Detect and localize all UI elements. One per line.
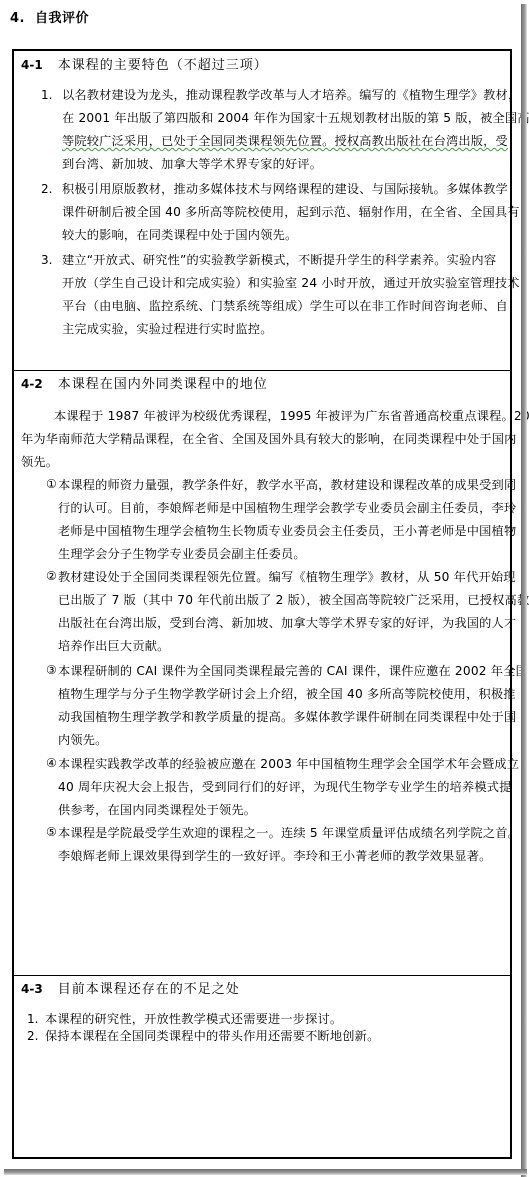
item-marker: 2. — [27, 1029, 38, 1043]
item-line: 等院较广泛采用，已处于全国同类课程领先位置。授权高教出版社在台湾出版，受 — [62, 133, 508, 149]
heading-title: 自我评价 — [35, 11, 89, 26]
item-line: 本课程实践教学改革的经验被应邀在 2003 年中国植物生理学会全国学术年会暨成立 — [58, 756, 519, 772]
section-shortcomings: 4-3目前本课程还存在的不足之处 1. 本课程的研究性，开放性教学模式还需要进一… — [14, 975, 510, 1158]
item-line: 生理学会分子生物学专业委员会副主任委员。 — [58, 546, 306, 562]
item-line: 40 周年庆祝大会上报告，受到同行们的好评，为现代生物学专业学生的培养模式提 — [58, 779, 512, 795]
item-line: 积极引用原版教材，推动多媒体技术与网络课程的建设、与国际接轨。多媒体教学 — [62, 181, 508, 197]
paragraph-line: 年为华南师范大学精品课程，在全省、全国及国外具有较大的影响，在同类课程中处于国内 — [21, 431, 517, 447]
page-shadow-right — [521, 4, 527, 1177]
item-line: 本课程研制的 CAI 课件为全国同类课程最完善的 CAI 课件，课件应邀在 20… — [58, 663, 528, 679]
section-main-features: 4-1本课程的主要特色（不超过三项） 1. 以名教材建设为龙头，推动课程教学改革… — [14, 51, 510, 370]
item-line: 平台（由电脑、监控系统、门禁系统等组成）学生可以在非工作时间咨询老师、自 — [62, 298, 508, 314]
item-line: 到台湾、新加坡、加拿大等学术界专家的好评。 — [62, 156, 322, 172]
item-marker: ① — [46, 477, 57, 491]
section-number: 4-2 — [21, 377, 43, 391]
item-line: 本课程的研究性，开放性教学模式还需要进一步探讨。 — [45, 1011, 342, 1027]
item-marker: 3. — [41, 253, 52, 267]
section-title: 目前本课程还存在的不足之处 — [58, 982, 240, 997]
item-line: 以名教材建设为龙头，推动课程教学改革与人才培养。编写的《植物生理学》教材， — [62, 87, 520, 103]
section-number: 4-3 — [21, 982, 43, 996]
item-line: 建立“开放式、研究性”的实验教学新模式，不断提升学生的科学素养。实验内容 — [62, 252, 496, 268]
section-header: 4-2本课程在国内外同类课程中的地位 — [21, 373, 268, 392]
section-header: 4-3目前本课程还存在的不足之处 — [21, 978, 240, 997]
item-line: 本课程是学院最受学生欢迎的课程之一。连续 5 年课堂质量评估成绩名列学院之首。 — [58, 825, 520, 841]
item-line: 动我国植物生理学教学和教学质量的提高。多媒体教学课件研制在同类课程中处于国 — [58, 709, 516, 725]
item-line: 教材建设处于全国同类课程领先位置。编写《植物生理学》教材，从 50 年代开始现 — [58, 569, 516, 585]
page-shadow-bottom — [4, 1169, 527, 1175]
document-heading: 4.自我评价 — [10, 7, 89, 26]
item-line: 老师是中国植物生理学会植物生长物质专业委员会主任委员，王小菁老师是中国植物 — [58, 523, 516, 539]
item-line: 供参考，在国内同类课程处于领先。 — [58, 802, 256, 818]
item-marker: ⑤ — [46, 825, 57, 839]
item-line: 保持本课程在全国同类课程中的带头作用还需要不断地创新。 — [45, 1028, 379, 1044]
item-marker: 1. — [41, 88, 52, 102]
heading-number: 4. — [10, 11, 25, 26]
section-course-position: 4-2本课程在国内外同类课程中的地位 本课程于 1987 年被评为校级优秀课程，… — [14, 370, 510, 976]
item-line: 开放（学生自己设计和完成实验）和实验室 24 小时开放，通过开放实验室管理技术 — [62, 275, 520, 291]
item-marker: ② — [46, 569, 57, 583]
item-marker: 2. — [41, 182, 52, 196]
item-line: 较大的影响，在同类课程中处于国内领先。 — [62, 227, 297, 243]
item-line: 行的认可。目前，李娘辉老师是中国植物生理学会教学专业委员会副主任委员，李玲 — [58, 500, 516, 516]
item-marker: ③ — [46, 663, 57, 677]
item-line: 内领先。 — [58, 732, 108, 748]
item-line: 课件研制后被全国 40 多所高等院校使用，起到示范、辐射作用，在全省、全国具有 — [62, 204, 520, 220]
paragraph-line: 领先。 — [21, 454, 58, 470]
item-line: 出版社在台湾出版，受到台湾、新加坡、加拿大等学术界专家的好评，为我国的人才 — [58, 615, 516, 631]
item-line: 李娘辉老师上课效果得到学生的一致好评。李玲和王小菁老师的教学效果显著。 — [58, 848, 492, 864]
item-marker: 1. — [27, 1012, 38, 1026]
paragraph-line: 本课程于 1987 年被评为校级优秀课程，1995 年被评为广东省普通高校重点课… — [54, 408, 529, 424]
item-marker: ④ — [46, 756, 57, 770]
item-line: 植物生理学与分子生物学教学研讨会上介绍，被全国 40 多所高等院校使用，积极推 — [58, 686, 516, 702]
item-line: 本课程的师资力量强，教学条件好，教学水平高，教材建设和课程改革的成果受到同 — [58, 477, 516, 493]
item-line: 在 2001 年出版了第四版和 2004 年作为国家十五规划教材出版的第 5 版… — [62, 110, 529, 126]
section-number: 4-1 — [21, 58, 43, 72]
document-page: 4.自我评价 4-1本课程的主要特色（不超过三项） 1. 以名教材建设为龙头，推… — [0, 0, 521, 1169]
item-line: 培养作出巨大贡献。 — [58, 638, 170, 654]
section-title: 本课程在国内外同类课程中的地位 — [58, 377, 268, 392]
self-evaluation-table: 4-1本课程的主要特色（不超过三项） 1. 以名教材建设为龙头，推动课程教学改革… — [12, 49, 512, 1159]
item-line: 主完成实验，实验过程进行实时监控。 — [62, 321, 273, 337]
section-title: 本课程的主要特色（不超过三项） — [58, 58, 268, 73]
section-header: 4-1本课程的主要特色（不超过三项） — [21, 54, 268, 73]
item-line: 已出版了 7 版（其中 70 年代前出版了 2 版），被全国高等院较广泛采用，已… — [58, 592, 529, 608]
